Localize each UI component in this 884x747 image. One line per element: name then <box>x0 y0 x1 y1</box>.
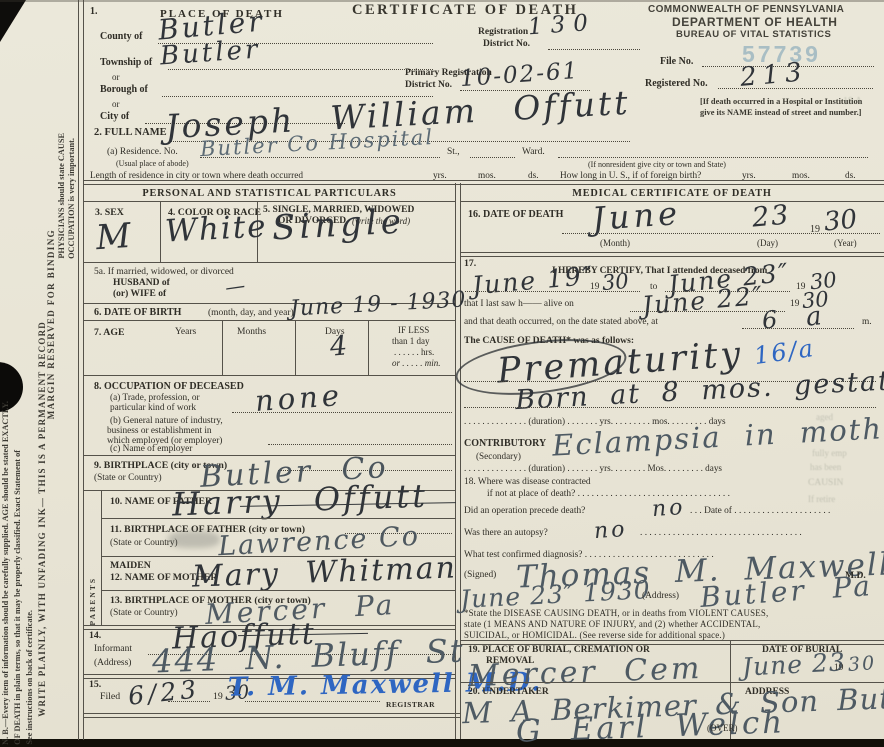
death-day-value: 23 <box>751 201 792 231</box>
left-bottom-rule <box>83 713 460 718</box>
registered-no-label: Registered No. <box>645 78 708 89</box>
death-occurred-label: and that death occurred, on the date sta… <box>464 317 658 327</box>
ward-line2 <box>558 157 868 158</box>
occupation-b-label-1: (b) General nature of industry, <box>110 416 223 426</box>
registered-no-value: 213 <box>739 59 809 91</box>
occupation-b-label-2: business or establishment in <box>107 426 212 436</box>
time-line <box>742 328 854 329</box>
rule <box>83 375 455 376</box>
margin-note: See instructions on back of certificate. <box>25 610 34 745</box>
filed-line <box>168 701 210 702</box>
township-value: Butler <box>159 37 261 70</box>
year-prefix: 19 <box>834 663 843 673</box>
ds-label: ds. <box>845 171 856 181</box>
bleed-through-text: fully emp <box>812 448 847 458</box>
attended-from-value: June 19″ <box>471 263 595 299</box>
years-label: Years <box>175 327 196 337</box>
nonresident-note: (If nonresident give city or town and St… <box>588 160 726 169</box>
contributory-label: CONTRIBUTORY <box>464 438 546 449</box>
death-certificate-scan: N. B.—Every item of information should b… <box>0 0 884 747</box>
signature-date: June 23″ 1930 <box>459 577 651 612</box>
filed-label: Filed <box>100 691 120 702</box>
sec17-number: 17. <box>464 258 476 269</box>
registrar-label: REGISTRAR <box>386 700 435 709</box>
autopsy-question: Was there an autopsy? <box>464 528 548 538</box>
township-label: Township of <box>100 57 152 68</box>
street-label: St., <box>447 147 460 157</box>
occupation-a-value: none <box>254 381 344 416</box>
registration-district-label: District No. <box>483 39 530 49</box>
borough-label: Borough of <box>100 84 148 95</box>
if-less-label-2: than 1 day <box>392 336 430 346</box>
over-label: (OVER) <box>707 723 738 733</box>
operation-answer: no <box>651 497 686 521</box>
occupation-a-label-1: (a) Trade, profession, or <box>110 393 200 403</box>
disease-contracted-label-1: 18. Where was disease contracted <box>464 477 591 487</box>
how-long-us-label: How long in U. S., if of foreign birth? <box>560 171 701 181</box>
cell-divider <box>222 320 223 375</box>
department-line: DEPARTMENT OF HEALTH <box>672 15 838 29</box>
burial-date-value: June 23 <box>741 649 846 679</box>
husband-label: HUSBAND of <box>113 278 170 288</box>
ink-smudge <box>168 531 220 548</box>
city-label: City of <box>100 111 129 122</box>
months-label: Months <box>237 327 266 337</box>
sec15-number: 15. <box>89 679 101 690</box>
margin-note: PHYSICIANS should state CAUSE <box>57 133 66 259</box>
filed-date-value: 6/23 <box>127 676 201 708</box>
full-name-label: 2. FULL NAME <box>94 127 167 138</box>
occupation-b-line <box>268 444 452 445</box>
length-residence-label: Length of residence in city or town wher… <box>90 171 303 181</box>
death-ampm-value: a <box>805 303 823 330</box>
ward-label: Ward. <box>522 147 545 157</box>
ds-label: ds. <box>528 171 539 181</box>
m-label: m. <box>862 317 872 327</box>
sec5a-label: 5a. If married, widowed, or divorced <box>94 267 234 277</box>
margin-note: N. B.—Every item of information should b… <box>1 401 10 745</box>
bleed-through-text: has been <box>810 462 841 472</box>
section-1-number: 1. <box>90 6 98 17</box>
informant-label: Informant <box>94 644 132 654</box>
if-less-label-4: or . . . . . min. <box>392 358 441 368</box>
mother-birthplace-sub: (State or Country) <box>110 608 178 618</box>
heavy-rule <box>460 640 884 645</box>
parents-label: PARENTS <box>88 577 97 625</box>
mother-name-value: Mary Whitman <box>192 553 458 592</box>
primary-district-label: District No. <box>405 80 452 90</box>
footnote-line-3: SUICIDAL, or HOMICIDAL. (See reverse sid… <box>464 630 725 640</box>
bleed-through-text: aged <box>816 412 833 422</box>
address-paren-label: (Address) <box>642 591 679 601</box>
age-label: 7. AGE <box>94 327 125 338</box>
mos-label: mos. <box>478 171 496 181</box>
registration-label: Registration <box>478 27 528 37</box>
rule <box>101 590 455 591</box>
year-prefix: 19 <box>810 224 820 235</box>
if-less-label-1: IF LESS <box>398 325 429 335</box>
wife-label: (or) WIFE of <box>113 289 166 299</box>
maiden-label: MAIDEN <box>110 560 151 571</box>
birthplace-sub-label: (State or Country) <box>94 473 162 483</box>
dob-label: 6. DATE OF BIRTH <box>94 307 181 318</box>
cell-divider <box>368 320 369 375</box>
form-border <box>78 0 79 740</box>
rule <box>83 262 455 263</box>
if-less-label-3: . . . . . . hrs. <box>394 347 434 357</box>
margin-note: OF DEATH in plain terms, so that it may … <box>13 450 22 745</box>
personal-heading: PERSONAL AND STATISTICAL PARTICULARS <box>84 188 455 199</box>
year-caption: (Year) <box>834 238 857 248</box>
date-of-label: . . . Date of . . . . . . . . . . . . . … <box>690 506 830 516</box>
dob-sub-label: (month, day, and year) <box>208 308 294 318</box>
mos-label: mos. <box>792 171 810 181</box>
margin-note: MARGIN RESERVED FOR BINDING <box>46 229 56 419</box>
margin-note: OCCUPATION is very important. <box>67 138 76 259</box>
occupation-a-label-2: particular kind of work <box>110 403 196 413</box>
attended-from-year: 30 <box>601 271 629 294</box>
sex-value: M <box>95 219 132 255</box>
bleed-through-text: CAUSIN <box>808 478 843 488</box>
duration-line-2: . . . . . . . . . . . . . . (duration) .… <box>464 463 722 473</box>
autopsy-answer: no <box>593 519 628 543</box>
last-saw-label: that I last saw h—— alive on <box>464 299 574 309</box>
cause-line2 <box>464 407 876 408</box>
year-prefix: 19 <box>790 299 799 309</box>
year-prefix: 19 <box>213 691 223 702</box>
dob-value: June 19 - 1930 <box>290 289 467 320</box>
date-of-death-label: 16. DATE OF DEATH <box>468 209 563 220</box>
commonwealth-line: COMMONWEALTH OF PENNSYLVANIA <box>648 4 844 15</box>
bleed-through-text: If retire <box>808 494 835 504</box>
registration-value: 130 <box>527 12 596 40</box>
operation-question: Did an operation precede death? <box>464 506 585 516</box>
sec14-number: 14. <box>89 630 101 641</box>
rule <box>83 320 455 321</box>
secondary-label: (Secondary) <box>476 451 521 461</box>
last-saw-value: June 22″ <box>641 283 765 319</box>
or-label: or <box>112 99 120 109</box>
cell-divider <box>295 320 296 375</box>
heavy-rule <box>460 252 884 257</box>
residence-label: (a) Residence. No. <box>107 147 178 157</box>
bureau-line: BUREAU OF VITAL STATISTICS <box>676 29 831 40</box>
autopsy-dots: . . . . . . . . . . . . . . . . . . . . … <box>640 528 802 538</box>
occupation-heading: 8. OCCUPATION OF DECEASED <box>94 381 244 392</box>
occupation-c-label: (c) Name of employer <box>110 444 192 454</box>
signed-label: (Signed) <box>464 570 496 580</box>
marital-value: Single <box>271 205 405 246</box>
burial-date-year: 30 <box>847 654 876 675</box>
or-label: or <box>112 72 120 82</box>
informant-address-label: (Address) <box>94 658 131 668</box>
age-days-value: 4 <box>329 332 348 360</box>
footnote-line-1: *State the DISEASE CAUSING DEATH, or in … <box>464 608 768 618</box>
file-no-label: File No. <box>660 56 693 67</box>
abode-note: (Usual place of abode) <box>116 159 189 168</box>
death-year-value: 30 <box>823 206 859 235</box>
day-caption: (Day) <box>757 238 778 248</box>
undertaker-extra-signature: G Earl Welch <box>516 707 786 747</box>
father-name-value: Harry Offutt <box>172 480 429 521</box>
death-month-value: June <box>591 197 682 235</box>
year-prefix: 19 <box>590 282 599 292</box>
cell-divider <box>160 202 161 262</box>
bleed-through-text: 18 A <box>843 96 862 107</box>
month-caption: (Month) <box>600 238 630 248</box>
parents-divider <box>101 490 102 625</box>
cause-reference-note: 16/a <box>753 336 817 368</box>
registration-line <box>548 49 640 50</box>
sec5a-value: — <box>224 275 247 298</box>
ward-line <box>470 157 515 158</box>
county-label: County of <box>100 31 143 42</box>
disease-contracted-label-2: if not at place of death? . . . . . . . … <box>487 489 730 499</box>
yrs-label: yrs. <box>433 171 447 181</box>
township-line <box>168 69 433 70</box>
rule <box>101 518 455 519</box>
scan-corner-mark <box>0 0 26 42</box>
race-value: White <box>164 211 268 247</box>
footnote-line-2: state (1 MEANS AND NATURE OF INJURY, and… <box>464 619 760 629</box>
yrs-label: yrs. <box>742 171 756 181</box>
